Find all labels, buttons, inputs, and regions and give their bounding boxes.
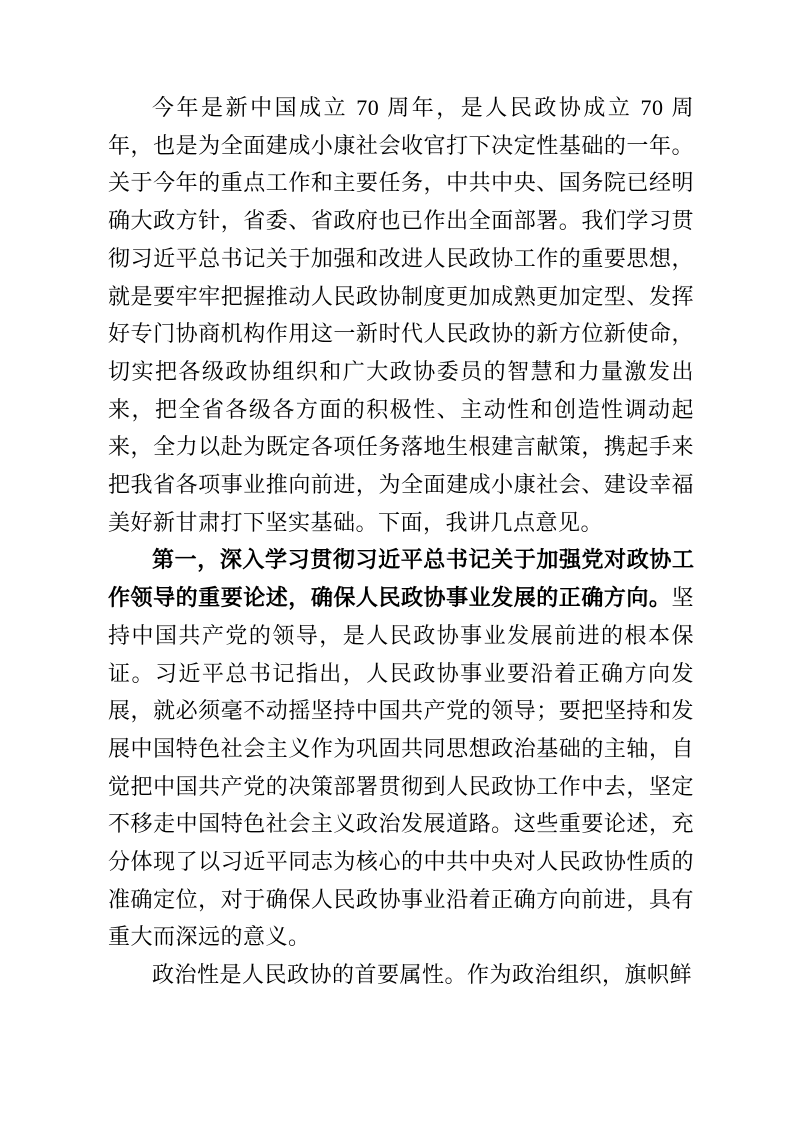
section-one-body-text: 坚持中国共产党的领导，是人民政协事业发展前进的根本保证。习近平总书记指出，人民政… [108,585,694,949]
document-page: 今年是新中国成立 70 周年，是人民政协成立 70 周年，也是为全面建成小康社会… [0,0,793,1122]
section-one-heading-bold: 第一，深入学习贯彻习近平总书记关于加强党对政协工作领导的重要论述，确保人民政协事… [108,547,694,610]
paragraph-intro: 今年是新中国成立 70 周年，是人民政协成立 70 周年，也是为全面建成小康社会… [108,89,694,541]
paragraph-section-one: 第一，深入学习贯彻习近平总书记关于加强党对政协工作领导的重要论述，确保人民政协事… [108,541,694,956]
document-body: 今年是新中国成立 70 周年，是人民政协成立 70 周年，也是为全面建成小康社会… [108,89,694,994]
paragraph-truncated: 政治性是人民政协的首要属性。作为政治组织，旗帜鲜 [108,956,694,994]
